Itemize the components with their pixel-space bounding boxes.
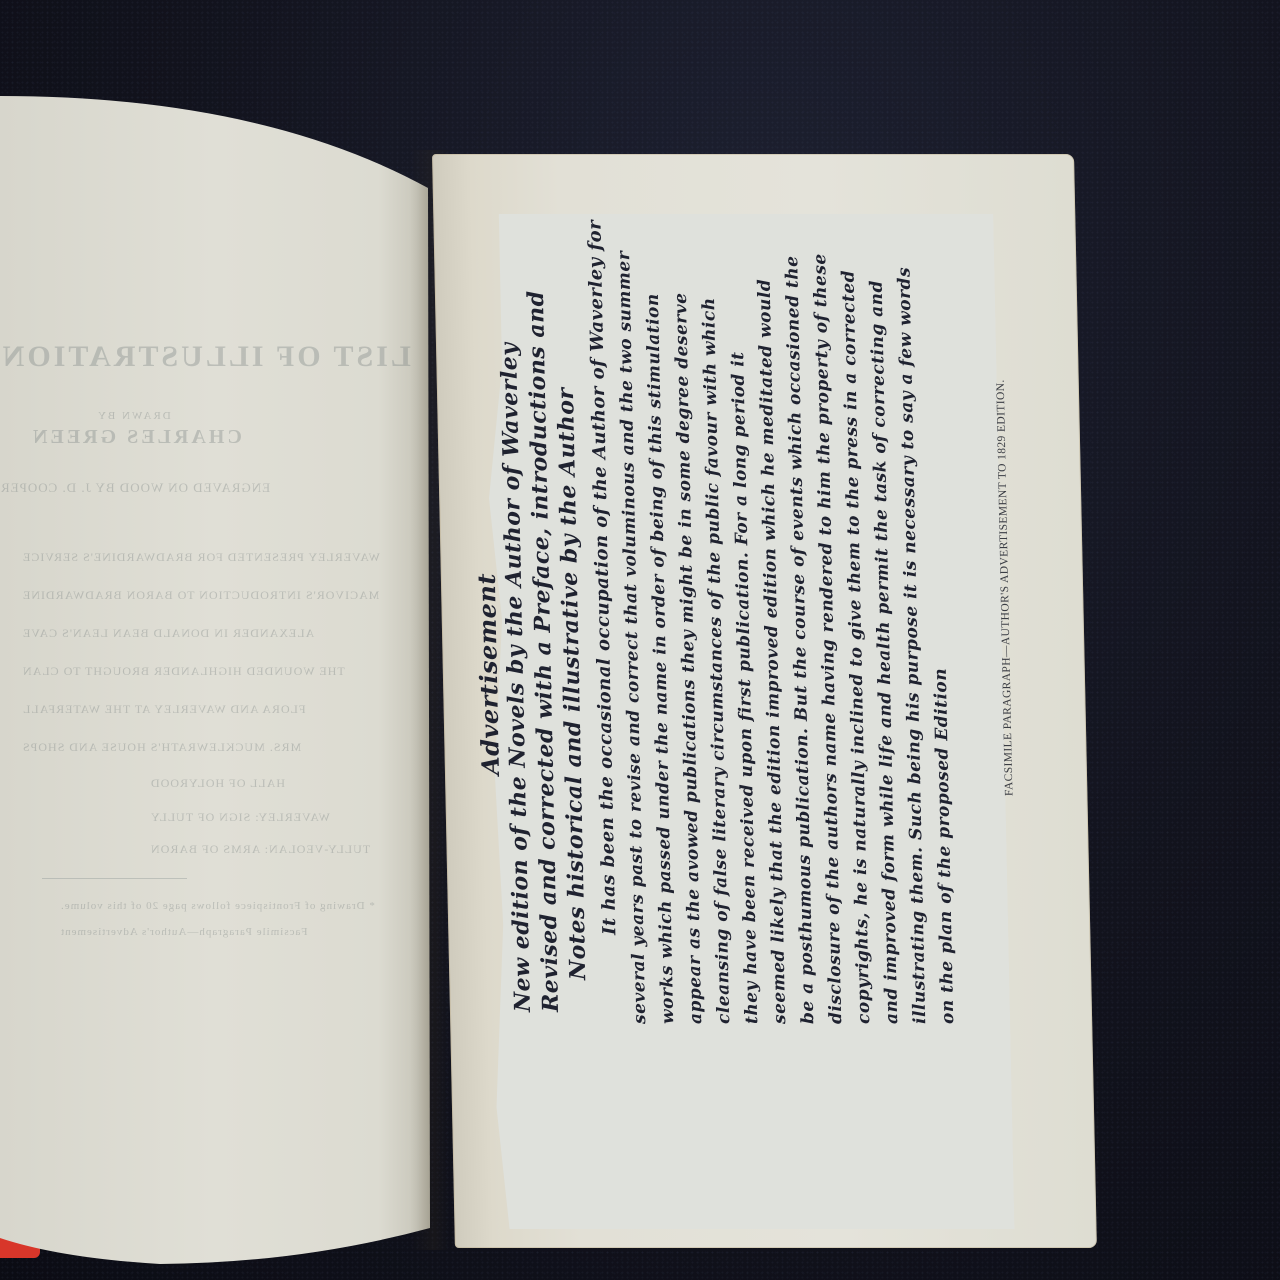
show-through-artist: CHARLES GREEN <box>30 426 242 449</box>
show-through-item: HALL OF HOLYROOD <box>150 776 285 791</box>
left-page: LIST OF ILLUSTRATIONS DRAWN BY CHARLES G… <box>0 88 430 1268</box>
show-through-item: FLORA AND WAVERLEY AT THE WATERFALL <box>22 702 306 717</box>
show-through-item: THE WOUNDED HIGHLANDER BROUGHT TO CLAN <box>22 664 345 679</box>
right-page: Advertisement New edition of the Novels … <box>432 154 1097 1248</box>
show-through-item: MACIVOR'S INTRODUCTION TO BARON BRADWARD… <box>22 588 379 603</box>
show-through-divider <box>42 878 187 879</box>
show-through-item: TULLY-VEOLAN: ARMS OF BARON <box>150 842 370 857</box>
show-through-note: * Drawing of Frontispiece follows page 2… <box>60 900 375 912</box>
show-through-item: ALEXANDER IN DONALD BEAN LEAN'S CAVE <box>22 626 314 641</box>
facsimile-heading: Advertisement <box>472 573 505 775</box>
show-through-item: MRS. MUCKLEWRATH'S HOUSE AND SHOPS <box>22 740 301 755</box>
show-through-engraved: ENGRAVED ON WOOD BY J. D. COOPER <box>0 480 270 496</box>
show-through-item: WAVERLEY: SIGN OF TULLY <box>150 810 330 825</box>
show-through-drawn-by: DRAWN BY <box>96 410 171 422</box>
show-through-item: WAVERLEY PRESENTED FOR BRADWARDINE'S SER… <box>22 550 380 565</box>
show-through-title: LIST OF ILLUSTRATIONS <box>0 340 411 374</box>
show-through-note: Facsimile Paragraph—Author's Advertiseme… <box>60 926 307 938</box>
